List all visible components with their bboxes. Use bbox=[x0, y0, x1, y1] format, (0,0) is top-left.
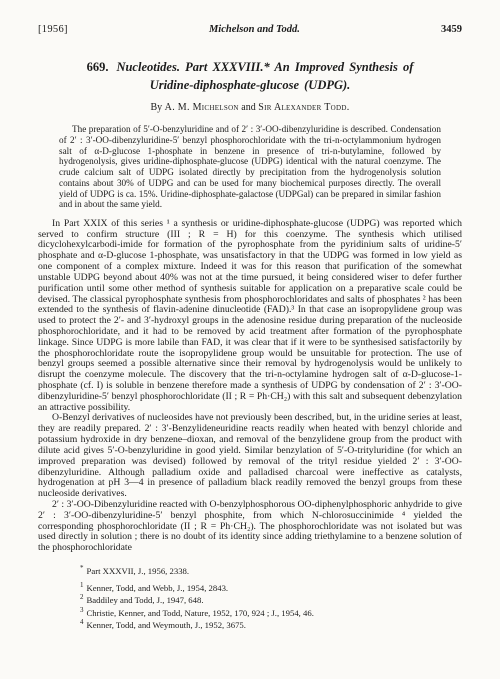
footnote-text-star: Part XXXVII, J., 1956, 2338. bbox=[87, 566, 190, 576]
footnote-marker-star: * bbox=[80, 564, 84, 572]
article-title-line2: Uridine-diphosphate-glucose (UDPG). bbox=[38, 77, 462, 93]
footnote-ref-2: 2Baddiley and Todd, J., 1947, 648. bbox=[80, 593, 462, 605]
body-paragraph-2: O-Benzyl derivatives of nucleosides have… bbox=[38, 413, 462, 500]
footnote-text-2: Baddiley and Todd, J., 1947, 648. bbox=[87, 595, 204, 605]
footnote-text-4: Kenner, Todd, and Weymouth, J., 1952, 36… bbox=[87, 620, 246, 630]
author-todd: Sir Alexander Todd. bbox=[258, 102, 349, 113]
abstract: The preparation of 5′-O-benzyluridine an… bbox=[59, 124, 441, 209]
footnote-marker-3: 3 bbox=[80, 606, 84, 614]
footnotes-block: *Part XXXVII, J., 1956, 2338. 1Kenner, T… bbox=[80, 564, 462, 630]
article-number: 669. bbox=[87, 60, 109, 74]
byline-conjunction: and bbox=[241, 102, 255, 113]
body-paragraph-1: In Part XXIX of this series ¹ a synthesi… bbox=[38, 219, 462, 414]
footnote-marker-4: 4 bbox=[80, 618, 84, 626]
article-body: In Part XXIX of this series ¹ a synthesi… bbox=[38, 219, 462, 554]
footnote-ref-1: 1Kenner, Todd, and Webb, J., 1954, 2843. bbox=[80, 581, 462, 593]
article-title-text: Nucleotides. Part XXXVIII.* An Improved … bbox=[116, 60, 413, 74]
byline: By A. M. Michelson and Sir Alexander Tod… bbox=[38, 102, 462, 113]
header-page-number: 3459 bbox=[441, 24, 462, 35]
footnote-part-ref: *Part XXXVII, J., 1956, 2338. bbox=[80, 564, 462, 576]
running-head: [1956] Michelson and Todd. 3459 bbox=[38, 24, 462, 35]
author-michelson: A. M. Michelson bbox=[165, 102, 239, 113]
footnote-text-3: Christie, Kenner, and Todd, Nature, 1952… bbox=[87, 607, 314, 617]
footnote-marker-2: 2 bbox=[80, 593, 84, 601]
header-year: [1956] bbox=[38, 24, 68, 35]
header-running-title: Michelson and Todd. bbox=[209, 24, 300, 35]
footnote-ref-3: 3Christie, Kenner, and Todd, Nature, 195… bbox=[80, 606, 462, 618]
footnote-ref-4: 4Kenner, Todd, and Weymouth, J., 1952, 3… bbox=[80, 618, 462, 630]
byline-prefix: By bbox=[151, 102, 163, 113]
footnote-marker-1: 1 bbox=[80, 581, 84, 589]
journal-page: [1956] Michelson and Todd. 3459 669.Nucl… bbox=[0, 0, 500, 679]
article-title-line1: 669.Nucleotides. Part XXXVIII.* An Impro… bbox=[38, 57, 462, 77]
article-title-block: 669.Nucleotides. Part XXXVIII.* An Impro… bbox=[38, 57, 462, 93]
body-paragraph-3: 2′ : 3′-OO-Dibenzyluridine reacted with … bbox=[38, 500, 462, 554]
footnote-text-1: Kenner, Todd, and Webb, J., 1954, 2843. bbox=[87, 583, 229, 593]
